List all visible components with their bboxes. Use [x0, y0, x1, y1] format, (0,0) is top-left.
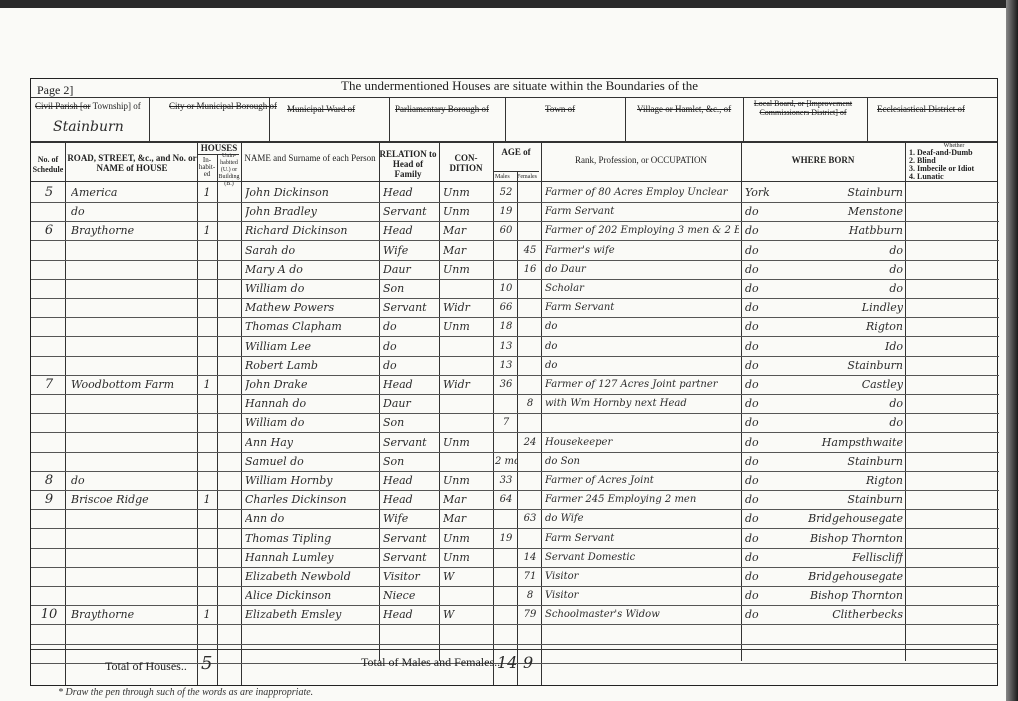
- male-age-cell: [495, 567, 517, 586]
- total-females-value: 9: [523, 653, 533, 672]
- female-age-cell: [519, 413, 541, 432]
- male-age-cell: 52: [495, 183, 517, 202]
- name-cell: William Lee: [245, 337, 377, 356]
- road-cell: Braythorne: [71, 605, 195, 624]
- occupation-cell: Farmer of Acres Joint: [545, 471, 739, 490]
- name-cell: Mathew Powers: [245, 298, 377, 317]
- female-age-cell: 71: [519, 567, 541, 586]
- born-county-cell: York: [745, 183, 795, 202]
- road-cell: [71, 279, 195, 298]
- male-age-cell: [495, 433, 517, 452]
- road-cell: [71, 356, 195, 375]
- occupation-cell: do Daur: [545, 260, 739, 279]
- table-row: Hannah doDaur8with Wm Hornby next Headdo…: [31, 394, 999, 413]
- name-cell: Ann do: [245, 509, 377, 528]
- condition-cell: Unm: [443, 433, 491, 452]
- born-county-cell: do: [745, 298, 795, 317]
- male-age-cell: 2 mon: [495, 452, 517, 471]
- born-place-cell: Ido: [801, 337, 903, 356]
- name-cell: Richard Dickinson: [245, 221, 377, 240]
- town-label: Town of: [545, 104, 575, 114]
- condition-cell: [443, 452, 491, 471]
- road-cell: [71, 241, 195, 260]
- born-county-cell: do: [745, 337, 795, 356]
- relation-cell: Head: [383, 490, 437, 509]
- male-age-cell: [495, 394, 517, 413]
- condition-cell: Unm: [443, 548, 491, 567]
- name-cell: Hannah Lumley: [245, 548, 377, 567]
- road-cell: do: [71, 471, 195, 490]
- relation-cell: Servant: [383, 298, 437, 317]
- born-place-cell: Hatbburn: [801, 221, 903, 240]
- scan-edge: [1006, 0, 1018, 701]
- born-place-cell: Felliscliff: [801, 548, 903, 567]
- female-age-cell: [519, 279, 541, 298]
- inhabited-cell: 1: [199, 605, 215, 624]
- relation-cell: Servant: [383, 548, 437, 567]
- civil-parish-value: Stainburn: [53, 119, 124, 135]
- born-county-cell: do: [745, 529, 795, 548]
- born-place-cell: Clitherbecks: [801, 605, 903, 624]
- table-row: Ann doWifeMar63do WifedoBridgehousegate: [31, 509, 999, 528]
- schedule-cell: [35, 452, 63, 471]
- inhabited-cell: 1: [199, 490, 215, 509]
- col-age: AGE of: [493, 147, 539, 157]
- inhabited-cell: 1: [199, 183, 215, 202]
- female-age-cell: [519, 375, 541, 394]
- condition-cell: Unm: [443, 317, 491, 336]
- table-row: Ann HayServantUnm24HousekeeperdoHampsthw…: [31, 433, 999, 452]
- born-place-cell: do: [801, 413, 903, 432]
- born-county-cell: do: [745, 317, 795, 336]
- table-row: William doSon7dodo: [31, 413, 999, 432]
- born-place-cell: Bridgehousegate: [801, 509, 903, 528]
- total-houses-value: 5: [201, 653, 212, 674]
- table-row: William doSon10Scholardodo: [31, 279, 999, 298]
- inhabited-cell: [199, 241, 215, 260]
- table-row: Samuel doSon2 mondo SondoStainburn: [31, 452, 999, 471]
- col-houses: HOUSES: [197, 143, 241, 153]
- born-county-cell: do: [745, 567, 795, 586]
- occupation-cell: do: [545, 317, 739, 336]
- born-county-cell: do: [745, 509, 795, 528]
- born-place-cell: Castley: [801, 375, 903, 394]
- schedule-cell: [35, 394, 63, 413]
- male-age-cell: 64: [495, 490, 517, 509]
- occupation-cell: Farmer's wife: [545, 241, 739, 260]
- schedule-cell: [35, 337, 63, 356]
- occupation-cell: Farmer of 202 Employing 3 men & 2 Boys: [545, 221, 739, 240]
- inhabited-cell: 1: [199, 221, 215, 240]
- total-males-value: 14: [497, 653, 517, 672]
- occupation-cell: Farm Servant: [545, 298, 739, 317]
- born-place-cell: Stainburn: [801, 356, 903, 375]
- female-age-cell: 16: [519, 260, 541, 279]
- schedule-cell: [35, 548, 63, 567]
- occupation-cell: with Wm Hornby next Head: [545, 394, 739, 413]
- name-cell: William do: [245, 279, 377, 298]
- table-row: Mary A doDaurUnm16do Daurdodo: [31, 260, 999, 279]
- relation-cell: Son: [383, 413, 437, 432]
- inhabited-cell: [199, 202, 215, 221]
- relation-cell: Servant: [383, 433, 437, 452]
- road-cell: [71, 567, 195, 586]
- male-age-cell: 13: [495, 337, 517, 356]
- ecclesiastical-label: Ecclesiastical District of: [877, 104, 965, 114]
- born-county-cell: do: [745, 241, 795, 260]
- condition-cell: Widr: [443, 375, 491, 394]
- born-county-cell: do: [745, 586, 795, 605]
- female-age-cell: [519, 317, 541, 336]
- occupation-cell: Farmer 245 Employing 2 men: [545, 490, 739, 509]
- table-row: William Leedo13dodoIdo: [31, 337, 999, 356]
- name-cell: John Bradley: [245, 202, 377, 221]
- occupation-cell: Farm Servant: [545, 529, 739, 548]
- inhabited-cell: [199, 356, 215, 375]
- female-age-cell: [519, 490, 541, 509]
- name-cell: Thomas Tipling: [245, 529, 377, 548]
- female-age-cell: 24: [519, 433, 541, 452]
- born-county-cell: do: [745, 202, 795, 221]
- occupation-cell: Visitor: [545, 586, 739, 605]
- road-cell: [71, 586, 195, 605]
- male-age-cell: 13: [495, 356, 517, 375]
- male-age-cell: 7: [495, 413, 517, 432]
- name-cell: Samuel do: [245, 452, 377, 471]
- female-age-cell: [519, 356, 541, 375]
- female-age-cell: [519, 221, 541, 240]
- born-county-cell: do: [745, 452, 795, 471]
- schedule-cell: 5: [35, 183, 63, 202]
- road-cell: [71, 452, 195, 471]
- inhabited-cell: [199, 452, 215, 471]
- occupation-cell: Scholar: [545, 279, 739, 298]
- occupation-cell: Housekeeper: [545, 433, 739, 452]
- census-form: Page 2] The undermentioned Houses are si…: [30, 78, 998, 686]
- page-title: The undermentioned Houses are situate wi…: [341, 78, 698, 94]
- road-cell: [71, 337, 195, 356]
- total-houses-label: Total of Houses..: [105, 659, 187, 674]
- schedule-cell: 9: [35, 490, 63, 509]
- page-label: Page 2]: [37, 83, 73, 98]
- city-label: City or Municipal Borough of: [153, 101, 293, 111]
- male-age-cell: 36: [495, 375, 517, 394]
- female-age-cell: 8: [519, 586, 541, 605]
- name-cell: John Dickinson: [245, 183, 377, 202]
- table-row: 6Braythorne1Richard DickinsonHeadMar60Fa…: [31, 221, 999, 240]
- female-age-cell: 14: [519, 548, 541, 567]
- male-age-cell: [495, 260, 517, 279]
- born-county-cell: do: [745, 605, 795, 624]
- schedule-cell: [35, 356, 63, 375]
- male-age-cell: [495, 548, 517, 567]
- born-place-cell: Hampsthwaite: [801, 433, 903, 452]
- table-row: 9Briscoe Ridge1Charles DickinsonHeadMar6…: [31, 490, 999, 509]
- relation-cell: Head: [383, 183, 437, 202]
- born-place-cell: Lindley: [801, 298, 903, 317]
- col-name: NAME and Surname of each Person: [243, 153, 377, 163]
- relation-cell: Niece: [383, 586, 437, 605]
- female-age-cell: [519, 471, 541, 490]
- occupation-cell: do: [545, 337, 739, 356]
- road-cell: [71, 433, 195, 452]
- table-row: doJohn BradleyServantUnm19Farm Servantdo…: [31, 202, 999, 221]
- relation-cell: Servant: [383, 202, 437, 221]
- name-cell: Ann Hay: [245, 433, 377, 452]
- inhabited-cell: [199, 260, 215, 279]
- relation-cell: Son: [383, 279, 437, 298]
- schedule-cell: [35, 509, 63, 528]
- condition-cell: Unm: [443, 183, 491, 202]
- road-cell: [71, 413, 195, 432]
- table-row: Hannah LumleyServantUnm14Servant Domesti…: [31, 548, 999, 567]
- road-cell: [71, 298, 195, 317]
- occupation-cell: [545, 413, 739, 432]
- schedule-cell: 6: [35, 221, 63, 240]
- occupation-cell: Farm Servant: [545, 202, 739, 221]
- civil-parish-label: Civil Parish [or Township] of: [35, 101, 141, 111]
- total-persons-label: Total of Males and Females..: [361, 655, 500, 670]
- born-place-cell: Bridgehousegate: [801, 567, 903, 586]
- relation-cell: Son: [383, 452, 437, 471]
- condition-cell: Unm: [443, 260, 491, 279]
- name-cell: Robert Lamb: [245, 356, 377, 375]
- born-place-cell: Stainburn: [801, 183, 903, 202]
- female-age-cell: 63: [519, 509, 541, 528]
- born-place-cell: Stainburn: [801, 452, 903, 471]
- municipal-ward-label: Municipal Ward of: [287, 104, 355, 114]
- name-cell: William do: [245, 413, 377, 432]
- female-age-cell: [519, 529, 541, 548]
- table-row: Thomas TiplingServantUnm19Farm Servantdo…: [31, 529, 999, 548]
- inhabited-cell: [199, 337, 215, 356]
- female-age-cell: 45: [519, 241, 541, 260]
- col-infirmity: 1. Deaf-and-Dumb 2. Blind 3. Imbecile or…: [909, 149, 974, 181]
- name-cell: Thomas Clapham: [245, 317, 377, 336]
- road-cell: Braythorne: [71, 221, 195, 240]
- road-cell: [71, 317, 195, 336]
- condition-cell: Widr: [443, 298, 491, 317]
- col-condition: CON-DITION: [439, 153, 493, 173]
- table-row: Alice DickinsonNiece8VisitordoBishop Tho…: [31, 586, 999, 605]
- relation-cell: Head: [383, 375, 437, 394]
- schedule-cell: [35, 279, 63, 298]
- female-age-cell: [519, 337, 541, 356]
- col-road: ROAD, STREET, &c., and No. or NAME of HO…: [67, 153, 197, 173]
- occupation-cell: do: [545, 356, 739, 375]
- occupation-cell: Schoolmaster's Widow: [545, 605, 739, 624]
- relation-cell: Head: [383, 221, 437, 240]
- condition-cell: W: [443, 567, 491, 586]
- schedule-cell: [35, 413, 63, 432]
- table-row: Sarah doWifeMar45Farmer's wifedodo: [31, 241, 999, 260]
- inhabited-cell: [199, 548, 215, 567]
- male-age-cell: [495, 586, 517, 605]
- female-age-cell: 8: [519, 394, 541, 413]
- male-age-cell: 19: [495, 529, 517, 548]
- inhabited-cell: [199, 317, 215, 336]
- male-age-cell: 66: [495, 298, 517, 317]
- born-place-cell: do: [801, 260, 903, 279]
- road-cell: [71, 260, 195, 279]
- table-row: Robert Lambdo13dodoStainburn: [31, 356, 999, 375]
- schedule-cell: [35, 298, 63, 317]
- born-county-cell: do: [745, 413, 795, 432]
- name-cell: John Drake: [245, 375, 377, 394]
- schedule-cell: [35, 529, 63, 548]
- name-cell: William Hornby: [245, 471, 377, 490]
- born-county-cell: do: [745, 548, 795, 567]
- female-age-cell: 79: [519, 605, 541, 624]
- schedule-cell: [35, 433, 63, 452]
- road-cell: Briscoe Ridge: [71, 490, 195, 509]
- relation-cell: Head: [383, 471, 437, 490]
- male-age-cell: [495, 241, 517, 260]
- occupation-cell: Servant Domestic: [545, 548, 739, 567]
- born-county-cell: do: [745, 221, 795, 240]
- schedule-cell: [35, 586, 63, 605]
- born-place-cell: Rigton: [801, 471, 903, 490]
- local-board-label: Local Board, or [Improvement Commissione…: [747, 99, 859, 117]
- footnote: * Draw the pen through such of the words…: [58, 687, 313, 698]
- schedule-cell: 7: [35, 375, 63, 394]
- relation-cell: do: [383, 356, 437, 375]
- road-cell: [71, 529, 195, 548]
- condition-cell: [443, 413, 491, 432]
- born-place-cell: Bishop Thornton: [801, 586, 903, 605]
- inhabited-cell: [199, 509, 215, 528]
- female-age-cell: [519, 298, 541, 317]
- condition-cell: Unm: [443, 529, 491, 548]
- condition-cell: [443, 337, 491, 356]
- born-place-cell: do: [801, 279, 903, 298]
- relation-cell: Servant: [383, 529, 437, 548]
- born-county-cell: do: [745, 471, 795, 490]
- relation-cell: Wife: [383, 509, 437, 528]
- table-row: Elizabeth NewboldVisitorW71VisitordoBrid…: [31, 567, 999, 586]
- born-county-cell: do: [745, 279, 795, 298]
- born-place-cell: Menstone: [801, 202, 903, 221]
- schedule-cell: [35, 260, 63, 279]
- road-cell: America: [71, 183, 195, 202]
- road-cell: do: [71, 202, 195, 221]
- relation-cell: do: [383, 337, 437, 356]
- male-age-cell: [495, 509, 517, 528]
- parliamentary-label: Parliamentary Borough of: [395, 104, 489, 114]
- col-females: Females: [517, 174, 537, 181]
- schedule-cell: [35, 202, 63, 221]
- table-row: Thomas ClaphamdoUnm18dodoRigton: [31, 317, 999, 336]
- condition-cell: [443, 356, 491, 375]
- schedule-cell: [35, 317, 63, 336]
- born-county-cell: do: [745, 375, 795, 394]
- name-cell: Hannah do: [245, 394, 377, 413]
- col-males: Males: [495, 174, 510, 181]
- col-relation: RELATION to Head of Family: [379, 149, 437, 179]
- inhabited-cell: [199, 279, 215, 298]
- name-cell: Elizabeth Newbold: [245, 567, 377, 586]
- born-place-cell: do: [801, 394, 903, 413]
- condition-cell: Mar: [443, 221, 491, 240]
- col-schedule: No. of Schedule: [31, 155, 65, 175]
- road-cell: [71, 509, 195, 528]
- condition-cell: Unm: [443, 471, 491, 490]
- male-age-cell: 19: [495, 202, 517, 221]
- table-row: 5America1John DickinsonHeadUnm52Farmer o…: [31, 183, 999, 202]
- inhabited-cell: [199, 298, 215, 317]
- male-age-cell: 18: [495, 317, 517, 336]
- condition-cell: [443, 586, 491, 605]
- col-occupation: Rank, Profession, or OCCUPATION: [541, 155, 741, 165]
- condition-cell: [443, 394, 491, 413]
- name-cell: Alice Dickinson: [245, 586, 377, 605]
- born-place-cell: Rigton: [801, 317, 903, 336]
- schedule-cell: 10: [35, 605, 63, 624]
- condition-cell: Mar: [443, 509, 491, 528]
- born-county-cell: do: [745, 433, 795, 452]
- relation-cell: Head: [383, 605, 437, 624]
- inhabited-cell: 1: [199, 375, 215, 394]
- village-label: Village or Hamlet, &c., of: [637, 104, 731, 114]
- road-cell: [71, 548, 195, 567]
- table-row: Mathew PowersServantWidr66Farm Servantdo…: [31, 298, 999, 317]
- table-row: 10Braythorne1Elizabeth EmsleyHeadW79Scho…: [31, 605, 999, 624]
- born-county-cell: do: [745, 260, 795, 279]
- name-cell: Charles Dickinson: [245, 490, 377, 509]
- inhabited-cell: [199, 413, 215, 432]
- born-county-cell: do: [745, 356, 795, 375]
- inhabited-cell: [199, 394, 215, 413]
- relation-cell: Visitor: [383, 567, 437, 586]
- schedule-cell: [35, 241, 63, 260]
- col-inhabited: In-habit-ed: [197, 157, 217, 178]
- col-where-born: WHERE BORN: [741, 155, 905, 165]
- table-row: 7Woodbottom Farm1John DrakeHeadWidr36Far…: [31, 375, 999, 394]
- name-cell: Mary A do: [245, 260, 377, 279]
- relation-cell: Wife: [383, 241, 437, 260]
- male-age-cell: 33: [495, 471, 517, 490]
- name-cell: Sarah do: [245, 241, 377, 260]
- female-age-cell: [519, 452, 541, 471]
- relation-cell: Daur: [383, 260, 437, 279]
- born-place-cell: Bishop Thornton: [801, 529, 903, 548]
- occupation-cell: Visitor: [545, 567, 739, 586]
- female-age-cell: [519, 202, 541, 221]
- occupation-cell: do Wife: [545, 509, 739, 528]
- male-age-cell: 60: [495, 221, 517, 240]
- born-county-cell: do: [745, 490, 795, 509]
- condition-cell: [443, 279, 491, 298]
- female-age-cell: [519, 183, 541, 202]
- condition-cell: Mar: [443, 241, 491, 260]
- schedule-cell: [35, 567, 63, 586]
- name-cell: Elizabeth Emsley: [245, 605, 377, 624]
- inhabited-cell: [199, 586, 215, 605]
- schedule-cell: 8: [35, 471, 63, 490]
- condition-cell: Unm: [443, 202, 491, 221]
- born-county-cell: do: [745, 394, 795, 413]
- relation-cell: Daur: [383, 394, 437, 413]
- inhabited-cell: [199, 471, 215, 490]
- relation-cell: do: [383, 317, 437, 336]
- table-row: 8doWilliam HornbyHeadUnm33Farmer of Acre…: [31, 471, 999, 490]
- condition-cell: W: [443, 605, 491, 624]
- road-cell: [71, 394, 195, 413]
- occupation-cell: do Son: [545, 452, 739, 471]
- inhabited-cell: [199, 433, 215, 452]
- occupation-cell: Farmer of 80 Acres Employ Unclear: [545, 183, 739, 202]
- male-age-cell: 10: [495, 279, 517, 298]
